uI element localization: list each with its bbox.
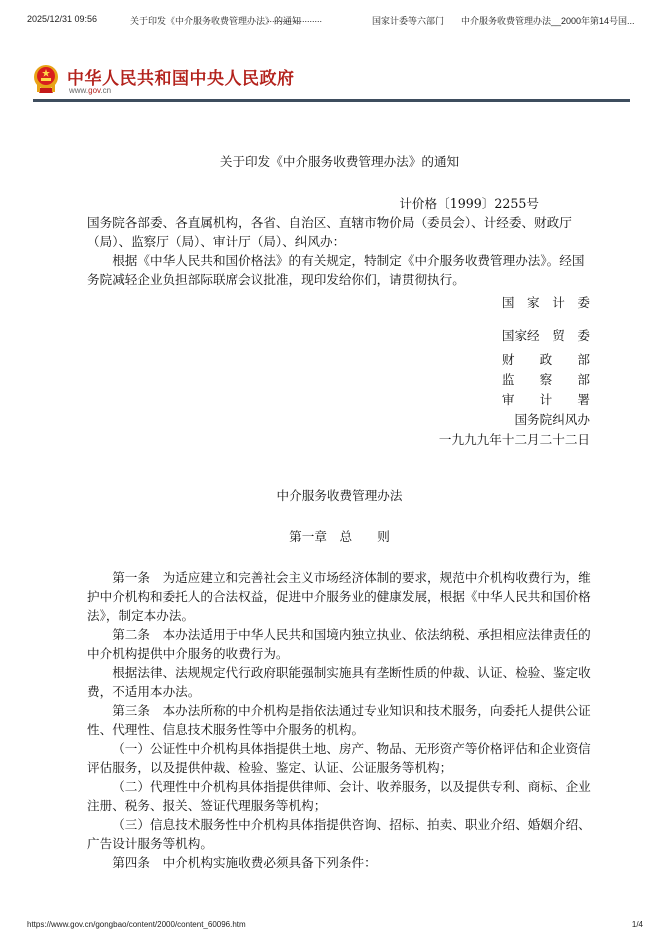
measures-body: 第一条 为适应建立和完善社会主义市场经济体制的要求，规范中介机构收费行为，维护中… bbox=[87, 568, 592, 872]
print-issuer: 国家计委等六部门 bbox=[372, 14, 444, 27]
article-paragraph: （一）公证性中介机构具体指提供土地、房产、物品、无形资产等价格评估和企业资信评估… bbox=[87, 739, 592, 777]
print-doc-ref: 中介服务收费管理办法__2000年第14号国... bbox=[461, 14, 635, 27]
signatory: 审 计 署 bbox=[502, 390, 590, 409]
url-suffix: .cn bbox=[100, 86, 111, 95]
page-number: 1/4 bbox=[632, 920, 643, 929]
article-paragraph: 第一条 为适应建立和完善社会主义市场经济体制的要求，规范中介机构收费行为，维护中… bbox=[87, 568, 592, 625]
print-dots: ...................... bbox=[267, 14, 322, 24]
site-url[interactable]: www.gov.cn bbox=[69, 86, 111, 95]
article-paragraph: （二）代理性中介机构具体指提供律师、会计、收养服务，以及提供专利、商标、企业注册… bbox=[87, 777, 592, 815]
chapter-heading: 第一章 总 则 bbox=[87, 527, 592, 546]
signatory: 国 家 计 委 bbox=[502, 293, 590, 312]
signatory: 国务院纠风办 bbox=[514, 410, 590, 429]
print-datetime: 2025/12/31 09:56 bbox=[27, 14, 97, 24]
doc-number: 计价格〔1999〕2255号 bbox=[87, 194, 592, 213]
notice-title-text: 关于印发《中介服务收费管理办法》的通知 bbox=[87, 152, 592, 171]
signatory: 国家经 贸 委 bbox=[502, 326, 590, 345]
article-paragraph: 第三条 本办法所称的中介机构是指依法通过专业知识和技术服务，向委托人提供公证性、… bbox=[87, 701, 592, 739]
signatory: 监 察 部 bbox=[502, 370, 590, 389]
header-divider bbox=[33, 99, 630, 102]
article-paragraph: （三）信息技术服务性中介机构具体指提供咨询、招标、拍卖、职业介绍、婚姻介绍、广告… bbox=[87, 815, 592, 853]
url-brand: gov bbox=[88, 86, 100, 95]
print-footer: https://www.gov.cn/gongbao/content/2000/… bbox=[27, 920, 643, 929]
chapter-heading-text: 第一章 总 则 bbox=[87, 527, 592, 546]
article-paragraph: 第二条 本办法适用于中华人民共和国境内独立执业、依法纳税、承担相应法律责任的中介… bbox=[87, 625, 592, 663]
notice-paragraph: 根据《中华人民共和国价格法》的有关规定，特制定《中介服务收费管理办法》。经国务院… bbox=[87, 251, 592, 289]
notice-body: 计价格〔1999〕2255号 国务院各部委、各直属机构，各省、自治区、直辖市物价… bbox=[87, 194, 592, 289]
measures-title-text: 中介服务收费管理办法 bbox=[87, 486, 592, 505]
article-paragraph: 第四条 中介机构实施收费必须具备下列条件： bbox=[87, 853, 592, 872]
url-prefix: www. bbox=[69, 86, 88, 95]
measures-title: 中介服务收费管理办法 bbox=[87, 486, 592, 505]
signatory: 财 政 部 bbox=[502, 350, 590, 369]
print-header: 2025/12/31 09:56 关于印发《中介服务收费管理办法》的通知 ...… bbox=[27, 14, 643, 30]
national-emblem-icon bbox=[33, 64, 59, 96]
article-paragraph: 根据法律、法规规定代行政府职能强制实施具有垄断性质的仲裁、认证、检验、鉴定收费，… bbox=[87, 663, 592, 701]
recipients: 国务院各部委、各直属机构，各省、自治区、直辖市物价局（委员会）、计经委、财政厅（… bbox=[87, 213, 592, 251]
site-header: 中华人民共和国中央人民政府 www.gov.cn bbox=[33, 62, 630, 102]
notice-date: 一九九九年十二月二十二日 bbox=[439, 430, 590, 449]
footer-url[interactable]: https://www.gov.cn/gongbao/content/2000/… bbox=[27, 920, 246, 929]
notice-title: 关于印发《中介服务收费管理办法》的通知 bbox=[87, 152, 592, 171]
